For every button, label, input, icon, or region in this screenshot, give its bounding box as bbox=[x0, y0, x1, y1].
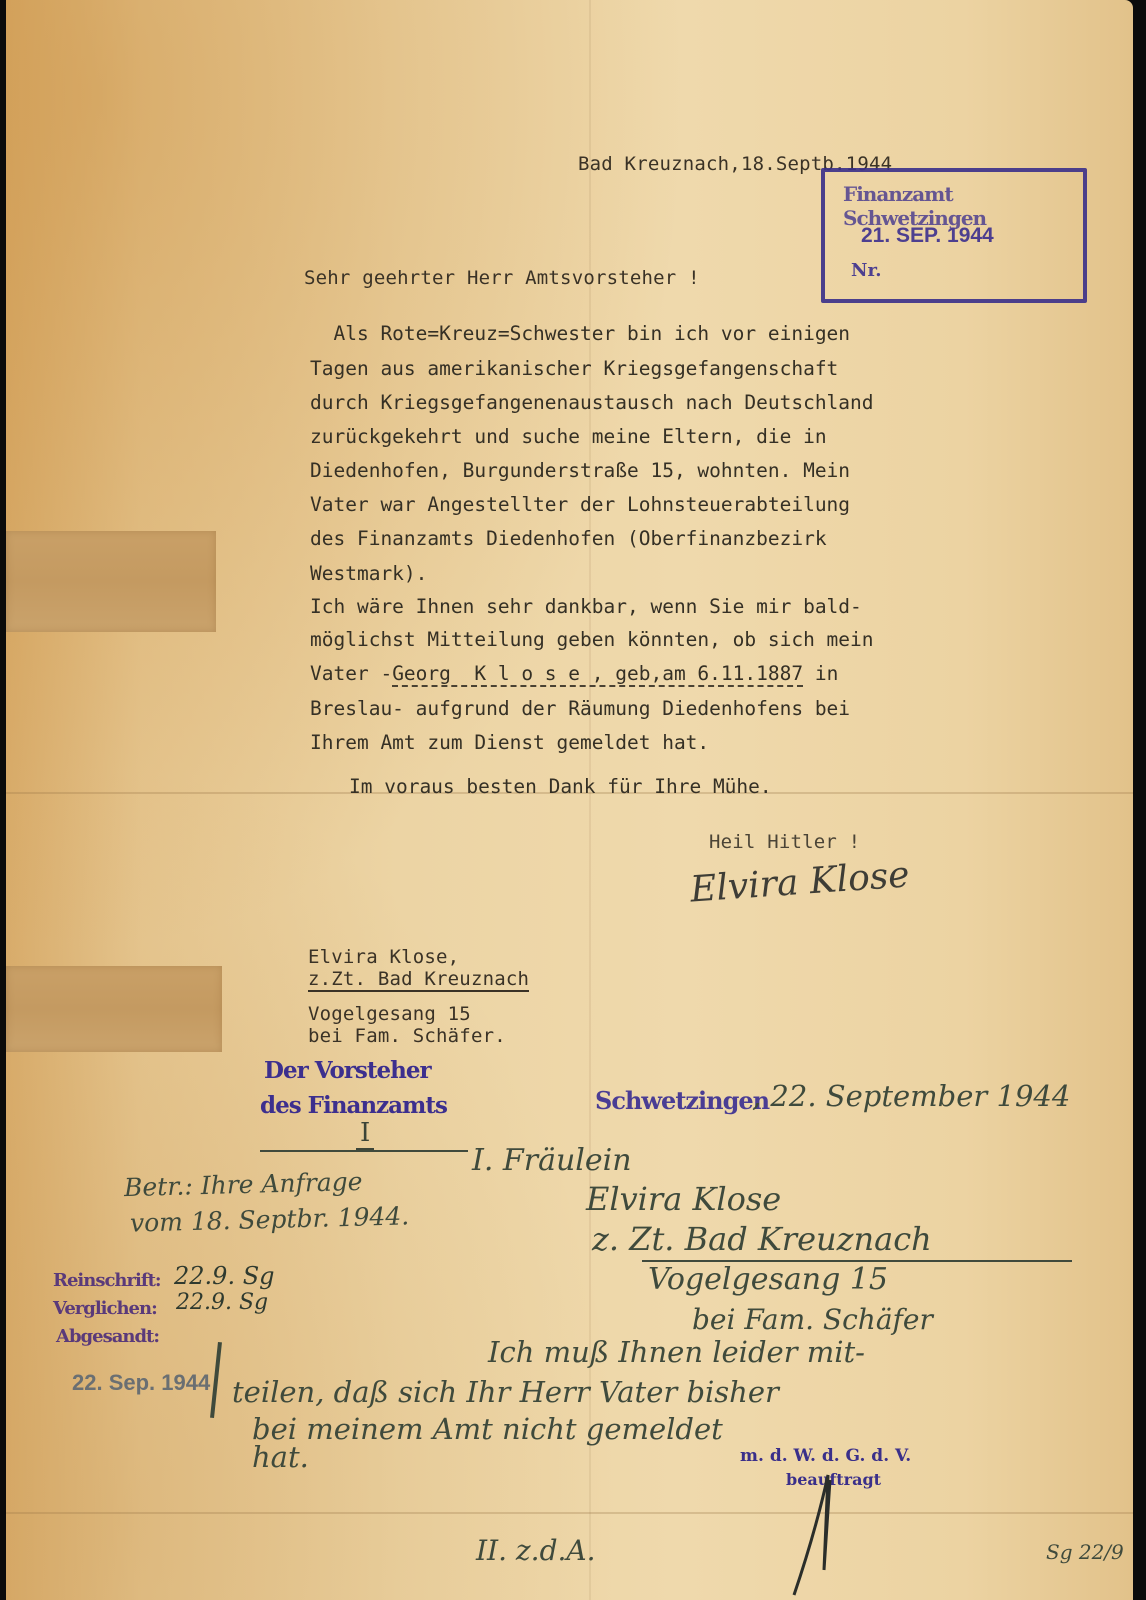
body-line: Diedenhofen, Burgunderstraße 15, wohnten… bbox=[310, 459, 850, 482]
sent-date: 22. Sep. 1944 bbox=[72, 1370, 210, 1396]
reference-line1: Betr.: Ihre Anfrage bbox=[124, 1167, 363, 1202]
letter-paper: Bad Kreuznach,18.Septb.1944 Finanzamt Sc… bbox=[6, 0, 1133, 1600]
recipient-care-of: bei Fam. Schäfer bbox=[692, 1303, 933, 1336]
body-line: Als Rote=Kreuz=Schwester bin ich vor ein… bbox=[310, 322, 850, 345]
adhesive-tape-strip bbox=[6, 966, 222, 1052]
sender-care-of: bei Fam. Schäfer. bbox=[308, 1025, 506, 1047]
father-line-prefix: Vater - bbox=[310, 662, 392, 685]
compared-value: 22.9. Sg bbox=[176, 1290, 268, 1315]
father-line: Vater -Georg K l o s e , geb,am 6.11.188… bbox=[310, 662, 838, 685]
sender-location: z.Zt. Bad Kreuznach bbox=[308, 968, 529, 992]
body-line: Tagen aus amerikanischer Kriegsgefangens… bbox=[310, 357, 838, 380]
letter-salutation: Sehr geehrter Herr Amtsvorsteher ! bbox=[304, 267, 700, 289]
received-stamp-date: 21. SEP. 1944 bbox=[861, 224, 994, 248]
authority-stamp-line1: m. d. W. d. G. d. V. bbox=[740, 1446, 911, 1466]
body-line: Vater war Angestellter der Lohnsteuerabt… bbox=[310, 493, 850, 516]
recipient-item: I. Fräulein bbox=[472, 1143, 632, 1178]
message-line: bei meinem Amt nicht gemeldet bbox=[252, 1412, 723, 1446]
official-signature-mark bbox=[786, 1470, 846, 1600]
message-line: teilen, daß sich Ihr Herr Vater bisher bbox=[232, 1375, 779, 1409]
father-name-birth: Georg K l o s e , geb,am 6.11.1887 bbox=[392, 662, 803, 687]
father-line-suffix: in bbox=[803, 662, 838, 685]
paper-fold-line bbox=[6, 1512, 1133, 1514]
received-stamp-number: Nr. bbox=[851, 260, 882, 281]
body-line: durch Kriegsgefangenenaustausch nach Deu… bbox=[310, 391, 874, 414]
margin-mark-stroke bbox=[210, 1342, 222, 1418]
sender-street: Vogelgesang 15 bbox=[308, 1003, 471, 1025]
office-section-number: I bbox=[356, 1118, 374, 1150]
corner-initial-note: Sg 22/9 bbox=[1046, 1540, 1124, 1564]
reply-date: , 22. September 1944 bbox=[752, 1079, 1070, 1113]
body-line: Ich wäre Ihnen sehr dankbar, wenn Sie mi… bbox=[310, 595, 862, 618]
place-stamp: Schwetzingen bbox=[595, 1086, 769, 1115]
section-divider-line bbox=[260, 1150, 468, 1152]
clean-copy-label: Reinschrift: bbox=[53, 1270, 161, 1291]
recipient-location: z. Zt. Bad Kreuznach bbox=[592, 1220, 932, 1258]
body-line: des Finanzamts Diedenhofen (Oberfinanzbe… bbox=[310, 527, 827, 550]
recipient-name: Elvira Klose bbox=[586, 1180, 781, 1218]
letter-signature: Elvira Klose bbox=[689, 854, 911, 910]
office-stamp-line2: des Finanzamts bbox=[260, 1092, 447, 1119]
body-line: zurückgekehrt und suche meine Eltern, di… bbox=[310, 425, 827, 448]
message-line: hat. bbox=[252, 1440, 309, 1474]
sender-name: Elvira Klose, bbox=[308, 946, 459, 968]
body-line: Westmark). bbox=[310, 562, 427, 585]
footer-filing-note: II. z.d.A. bbox=[476, 1534, 596, 1567]
clean-copy-value: 22.9. Sg bbox=[174, 1262, 275, 1290]
received-stamp: Finanzamt Schwetzingen 21. SEP. 1944 Nr. bbox=[821, 168, 1087, 303]
body-line: Breslau- aufgrund der Räumung Diedenhofe… bbox=[310, 697, 850, 720]
adhesive-tape-strip bbox=[6, 531, 216, 632]
compared-label: Verglichen: bbox=[53, 1298, 157, 1319]
sent-label: Abgesandt: bbox=[56, 1326, 159, 1347]
received-stamp-office: Finanzamt Schwetzingen bbox=[843, 182, 1083, 230]
letter-greeting: Heil Hitler ! bbox=[709, 831, 860, 853]
body-line: Ihrem Amt zum Dienst gemeldet hat. bbox=[310, 731, 709, 754]
recipient-street: Vogelgesang 15 bbox=[648, 1262, 888, 1297]
letter-closing-thanks: Im voraus besten Dank für Ihre Mühe. bbox=[349, 775, 772, 798]
reference-line2: vom 18. Septbr. 1944. bbox=[130, 1201, 410, 1237]
message-line: Ich muß Ihnen leider mit- bbox=[488, 1335, 865, 1369]
office-stamp-line1: Der Vorsteher bbox=[264, 1057, 431, 1084]
body-line: möglichst Mitteilung geben könnten, ob s… bbox=[310, 628, 874, 651]
